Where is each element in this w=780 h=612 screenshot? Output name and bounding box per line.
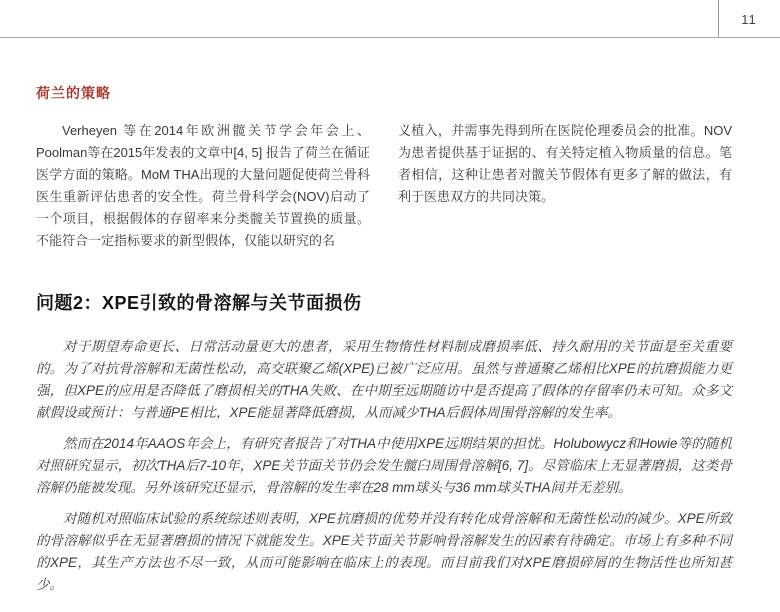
header-horizontal-rule <box>0 37 780 38</box>
page-number: 11 <box>718 0 780 38</box>
page-content: 荷兰的策略 Verheyen 等在2014年欧洲髋关节学会年会上、Poolman… <box>0 83 780 596</box>
left-column-text: Verheyen 等在2014年欧洲髋关节学会年会上、Poolman等在2015… <box>36 120 370 252</box>
document-page: { "page": { "number": "11" }, "dutch_str… <box>0 0 780 612</box>
right-column-text: 义植入，并需事先得到所在医院伦理委员会的批准。NOV为患者提供基于证据的、有关特… <box>398 120 732 252</box>
two-column-text-block: Verheyen 等在2014年欧洲髋关节学会年会上、Poolman等在2015… <box>36 120 732 252</box>
dutch-strategy-heading: 荷兰的策略 <box>36 83 732 103</box>
question2-paragraph-1: 对于期望寿命更长、日常活动量更大的患者，采用生物惰性材料制成磨损率低、持久耐用的… <box>36 336 732 424</box>
page-header: 11 <box>0 0 780 38</box>
question2-paragraph-2: 然而在2014年AAOS年会上，有研究者报告了对THA中使用XPE远期结果的担忧… <box>36 433 732 499</box>
question2-heading: 问题2：XPE引致的骨溶解与关节面损伤 <box>36 289 732 315</box>
question2-paragraph-3: 对随机对照临床试验的系统综述则表明，XPE抗磨损的优势并没有转化成骨溶解和无菌性… <box>36 508 732 596</box>
question2-body: 对于期望寿命更长、日常活动量更大的患者，采用生物惰性材料制成磨损率低、持久耐用的… <box>36 336 732 596</box>
